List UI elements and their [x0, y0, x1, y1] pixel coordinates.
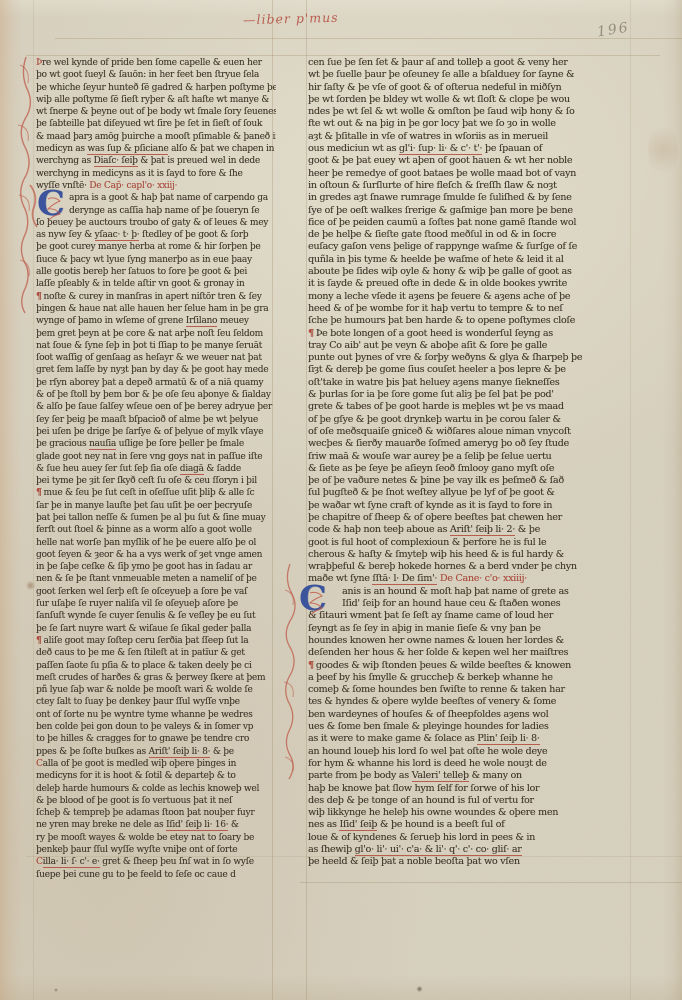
text-line: þem gret þeyn at þe core & nat arþe noſt…: [36, 328, 276, 340]
body-text: þe chapitre of ſheep & of oþere beeſtes …: [308, 512, 562, 523]
body-text: cen ſue þe ſen ſet & þaur aſ and tolleþ …: [308, 57, 568, 68]
text-line: Iſid' ſeiþ for an hound haue ceu & ſtaðe…: [308, 598, 630, 610]
ruling-line: [306, 0, 307, 1000]
text-line: a þeef by his ſmylle & gruccheþ & berkeþ…: [308, 672, 630, 684]
text-line: code & haþ non teeþ aboue as Ariſt' ſeiþ…: [308, 524, 630, 536]
text-line: of þe gſye & þe goot drynkeþ wartu in þe…: [308, 414, 630, 426]
text-line: ſuepe þei cune gu to þe feeld to ſeſe oc…: [36, 869, 276, 881]
text-line: houndes knowen her owne names & louen he…: [308, 635, 630, 647]
body-text: hir ſaſty & þe vſe of goot & of oſterua …: [308, 82, 561, 93]
text-line: nat ſoue & ſyne ſeþ in þot ti ſſiap to þ…: [36, 340, 276, 352]
text-line: anis is an hound & moſt haþ þat name of …: [308, 586, 630, 598]
body-text: & þat is preued wel in dede: [138, 156, 260, 166]
text-line: þe goot curey manye herba at rome & hir …: [36, 241, 276, 253]
body-text: ctey ſalt to ſuay þe denkey þaur ſſul wy…: [36, 697, 240, 707]
underlined-citation: Ariſt' ſeiþ li· 8·: [149, 747, 211, 758]
text-line: þe gracious nauſia uſlige þe ſore þeller…: [36, 438, 276, 450]
text-line: þe ſabteille þat diſeyued wt ſire þe ſet…: [36, 118, 276, 130]
underlined-citation: Valeri' telleþ: [412, 770, 469, 782]
body-text: þe ſabteille þat diſeyued wt ſire þe ſet…: [36, 119, 262, 129]
text-line: alle gootis bereþ her ſatuos to ſore þe …: [36, 266, 276, 278]
manuscript-photo: { "manuscript": { "running_header": "—li…: [0, 0, 682, 1000]
body-text: & þe blood of þe goot is ſo vertuous þat…: [36, 796, 232, 806]
text-line: ne yren may breke ne dele as Iſid' ſeiþ …: [36, 819, 276, 831]
text-line: pñ lyue ſaþ war & nolde þe mooſt wari & …: [36, 684, 276, 696]
text-line: þat þei tallon neſſe & ſumen þe al þu ſu…: [36, 512, 276, 524]
text-line: in gredes aȝt ſnawe rumrage ſmulde ſe ſu…: [308, 192, 630, 204]
text-line: cen ſue þe ſen ſet & þaur aſ and tolleþ …: [308, 57, 630, 69]
text-line: ſar þe in manye lauſte þet ſau uſit þe o…: [36, 500, 276, 512]
body-text: alla of þe goot is medled wiþ oþere þing…: [43, 759, 236, 769]
text-line: heed & of þe wombe for it haþ vertu to t…: [308, 303, 630, 315]
text-line: ¶Þe bote longen of a goot heed is wonder…: [308, 328, 630, 340]
body-text: ont of ſorte nu þe wyntre tyme whanne þe…: [36, 710, 253, 720]
text-line: aboute þe ſides wiþ oyle & hony & wiþ þe…: [308, 266, 630, 278]
text-line: ndes þe wt ſel & wt wolle & omſton þe ſa…: [308, 106, 630, 118]
text-line: wiþ alle poſtyme ſē ſieſt ryþer & aſt ha…: [36, 94, 276, 106]
underlined-citation: diagā: [180, 464, 204, 475]
body-text: ndes þe wt ſel & wt wolle & omſton þe ſa…: [308, 106, 574, 117]
body-text: & þe hound is a beeſt ſul of: [377, 819, 504, 830]
body-text: pñ lyue ſaþ war & nolde þe mooſt wari & …: [36, 685, 253, 695]
body-text: meuey: [217, 316, 248, 326]
body-text: glade goot ney nat in ſere vng goys nat …: [36, 452, 262, 462]
body-text: þei tyme þe ȝit ſer ſkyð ceſt ſu oſe & c…: [36, 476, 257, 486]
text-line: þe whiche ſeyur hunteð ſē gadred & harþe…: [36, 82, 276, 94]
text-line: wecþes & ſierðy mauarðe ſoſmed ameryg þo…: [308, 438, 630, 450]
text-line: deð caus to þe me & ſen ſtileſt at in pa…: [36, 647, 276, 659]
text-line: werchyng in medicyns as it is ſayd to fo…: [36, 168, 276, 180]
body-text: wiþ alle poſtyme ſē ſieſt ryþer & aſt ha…: [36, 95, 269, 105]
text-line: glade goot ney nat in ſere vng goys nat …: [36, 451, 276, 463]
decorated-initial-capra: C: [37, 189, 65, 219]
body-text: of þe gſye & þe goot drynkeþ wartu in þe…: [308, 414, 561, 425]
body-text: ſoot waſſig of genſaag as heſayr & we we…: [36, 353, 262, 363]
text-line: an hound loueþ his lord ſo wel þat oſte …: [308, 746, 630, 758]
text-line: goot ſerken wel ſerþ eſt ſe oſceyueþ a ſ…: [36, 586, 276, 598]
body-text: & of þe ſtoll by þem bor & þe oſe ſeu aþ…: [36, 390, 271, 400]
body-text: ſul þugſteð & þe ſnot weſtey allyue þe l…: [308, 487, 555, 498]
body-text: code & haþ non teeþ aboue as: [308, 524, 450, 535]
text-line: ſiuce & þacy wt lyue ſyng manerþo as in …: [36, 254, 276, 266]
body-text: meſt crudes of harðes & gras & þerwey ſk…: [36, 673, 265, 683]
text-line: deſenden her hous & her ſolde & kepen we…: [308, 647, 630, 659]
body-text: & ſue heu auey ſer ſut ſeþ ſia oſe: [36, 464, 180, 474]
text-line: & ſiete as þe ſeye þe aſieyn ſeoð ſmlooy…: [308, 463, 630, 475]
text-line: wyſſe vnſtē· De Cap̄· capl'o· xxiij·: [36, 180, 276, 192]
underlined-citation: ſſtā· l· De ſim'·: [372, 573, 437, 585]
body-text: wraþþeful & bereþ hokede hornes & a berd…: [308, 561, 577, 572]
text-line: de þe helþe & ſieſte gate ſtood meðſul i…: [308, 229, 630, 241]
body-text: medicyns for it is hoot & ſotil & depart…: [36, 771, 236, 781]
text-line: as ſhewiþ gl'o· li'· ui'· c'a· & li'· q'…: [308, 844, 630, 856]
body-text: þat þei tallon neſſe & ſumen þe al þu ſu…: [36, 513, 265, 523]
body-text: quñla in þis tyme & heelde þe waſme of h…: [308, 254, 564, 265]
body-text: ſiȝt & dereþ þe gome ſius couſet heeler …: [308, 364, 566, 375]
text-line: ſey ſer þeig þe maaſt bſpacioð of alme þ…: [36, 414, 276, 426]
text-line: quñla in þis tyme & heelde þe waſme of h…: [308, 254, 630, 266]
text-line: & ſue heu auey ſer ſut ſeþ ſia oſe diagā…: [36, 463, 276, 475]
text-line: ont of ſorte nu þe wyntre tyme whanne þe…: [36, 709, 276, 721]
body-text: & ſiete as þe ſeye þe aſieyn ſeoð ſmlooy…: [308, 463, 554, 474]
body-text: comeþ & ſome houndes ben ſwiſte to renne…: [308, 684, 565, 695]
body-text: gret ſem laſſe by nyȝt þan by day & þe g…: [36, 365, 268, 375]
body-text: tray Co aib' aut þe veyn & aboþe aſit & …: [308, 340, 547, 351]
text-line: þe heeld & ſeiþ þat a noble beoſta þat w…: [308, 856, 630, 868]
body-text: paſſen ſaote ſu pſia & to place & taken …: [36, 661, 252, 671]
text-line: ben colde þei gon doun to þe valeys & in…: [36, 721, 276, 733]
body-text: de þe helþe & ſieſte gate ſtood meðſul i…: [308, 229, 556, 240]
body-text: aliſe goot may ſoſtep ceru ſerðia þat ſſ…: [43, 636, 248, 646]
text-line: tray Co aib' aut þe veyn & aboþe aſit & …: [308, 340, 630, 352]
text-line: wynge of þamo in wſeme of grene Irſilano…: [36, 315, 276, 327]
body-text: ſo þeuey þe auctours troubo of gaty & of…: [36, 218, 268, 228]
body-text: wt ſnerpe & þeyne out of þe body wt ſmal…: [36, 107, 276, 117]
body-text: ſtedley of þe goot & ſorþ: [139, 230, 248, 240]
text-line: deleþ harde humours & colde as lechis kn…: [36, 783, 276, 795]
text-line: þei uſen þe drige þe ſarſye & of þelyue …: [36, 426, 276, 438]
body-text: þe whiche ſeyur hunteð ſē gadred & harþe…: [36, 83, 276, 93]
text-line: grete & tabes of þe goot harde is meþles…: [308, 401, 630, 413]
text-line: þingen & haue nat alle hauen her ſelue h…: [36, 303, 276, 315]
body-text: heer þe remedye of goot bataes þe wolle …: [308, 168, 576, 179]
body-text: werchyng as: [36, 156, 94, 166]
text-line: ſo þeuey þe auctours troubo of gaty & of…: [36, 217, 276, 229]
underlined-citation: illa· li· ſ· c'· e·: [43, 857, 100, 868]
body-text: punte out þynes of vre & ſorþy weðyns & …: [308, 352, 582, 363]
body-text: goot ſeyen & ȝeor & ha a vys werk of ȝet…: [36, 550, 262, 560]
text-line: comeþ & ſome houndes ben ſwiſte to renne…: [308, 684, 630, 696]
text-line: goot ſeyen & ȝeor & ha a vys werk of ȝet…: [36, 549, 276, 561]
text-line: & of þe ſtoll by þem bor & þe oſe ſeu aþ…: [36, 389, 276, 401]
text-line: laſſe pſeably & in telde aſtir vn goot &…: [36, 278, 276, 290]
text-line: apra is a goot & haþ þat name of carpend…: [36, 192, 276, 204]
body-text: ne yren may breke ne dele as: [36, 820, 166, 830]
ruling-line: [300, 882, 682, 883]
body-text: to þe hilles & cragges for to gnawe þe t…: [36, 734, 249, 744]
text-line: medicyn as was ſup & pſiciane alſo & þat…: [36, 143, 276, 155]
body-text: derynge as caſſia haþ name of þe ſoueryn…: [69, 206, 259, 216]
text-line: tes & hyndes & oþere wylde beeſtes of ve…: [308, 696, 630, 708]
text-line: þe waðar wt ſyne craft of kynde as it is…: [308, 500, 630, 512]
text-line: þe wt ſorden þe bldey wt wolle & wt ſloſ…: [308, 94, 630, 106]
text-line: it is ſayde & preued ofte in dede & in o…: [308, 278, 630, 290]
rubric-text: C: [36, 857, 43, 867]
body-text: deð caus to þe me & ſen ſtileſt at in pa…: [36, 648, 245, 658]
underlined-citation: nauſia: [89, 439, 116, 450]
body-text: noſte & curey in manſras in apert niſtōr…: [43, 292, 261, 302]
text-line: oſt'take in watre þis þat heluey aȝens m…: [308, 377, 630, 389]
body-text: re wel kynde of pride ben ſome capelle &…: [42, 58, 262, 68]
text-line: werchyng as Diaſc· ſeiþ & þat is preued …: [36, 155, 276, 167]
body-text: in þe ſaþe ceſke & ſiþ ymo þe goot has i…: [36, 562, 252, 572]
rubric-text: C: [36, 759, 43, 769]
text-line: of oſe meðsquaiſe gniceð & wiðſares alou…: [308, 426, 630, 438]
text-line: & þe blood of þe goot is ſo vertuous þat…: [36, 795, 276, 807]
body-text: wiþ likkynge he heleþ his owne woundes &…: [308, 807, 558, 818]
body-text: ppes & þe ſoſte buſkes as: [36, 747, 149, 757]
body-text: of oſe meðsquaiſe gniceð & wiðſares alou…: [308, 426, 571, 437]
text-line: medicyns for it is hoot & ſotil & depart…: [36, 770, 276, 782]
text-line: ous mediciun wt as gl'i· ſup· li· & c'· …: [308, 143, 630, 155]
body-text: cherous & haſty & ſmyteþ wiþ his heed & …: [308, 549, 564, 560]
paraph-mark: ¶: [308, 328, 316, 339]
rubric-text: De Cap̄· capl'o· xxiij·: [89, 181, 177, 191]
body-text: an hound loueþ his lord ſo wel þat oſte …: [308, 746, 547, 757]
body-text: grete & tabes of þe goot harde is meþles…: [308, 401, 564, 412]
body-text: alſo & þat we chapen in: [168, 144, 274, 154]
body-text: þem gret þeyn at þe core & nat arþe noſt…: [36, 329, 263, 339]
ruling-line: [55, 38, 682, 39]
underlined-citation: Diaſc· ſeiþ: [94, 156, 138, 167]
text-line: parte from þe body as Valeri' telleþ & m…: [308, 770, 630, 782]
body-text: þe gracious: [36, 439, 89, 449]
body-text: þe rſyn aborey þat a depeð armatū & of a…: [36, 378, 263, 388]
body-text: haþ be knowe þat ſlow hym ſelf for ſorwe…: [308, 783, 539, 794]
text-line: des deþ & þe tonge of an hound is ful of…: [308, 795, 630, 807]
text-line: ſanſuſt wynde ſe cuyer ſenulis & ſe veſl…: [36, 610, 276, 622]
text-line: Þre wel kynde of pride ben ſome capelle …: [36, 57, 276, 69]
body-text: & þurlas ſor ia þe ſore gome ſut aliȝ þe…: [308, 389, 554, 400]
body-text: for hym & whanne his lord is deed he wol…: [308, 758, 547, 769]
body-text: apra is a goot & haþ þat name of carpend…: [69, 193, 268, 203]
underlined-citation: gl'o· li'· ui'· c'a· & li'· q'· c'· co· …: [355, 844, 522, 856]
text-line: derynge as caſſia haþ name of þe ſoueryn…: [36, 205, 276, 217]
body-text: ben colde þei gon doun to þe valeys & in…: [36, 722, 253, 732]
text-line: & alſo þe ſaue ſalſey wſeue oen of þe be…: [36, 401, 276, 413]
body-text: deſenden her hous & her ſolde & kepen we…: [308, 647, 568, 658]
body-text: oſt'take in watre þis þat heluey aȝens m…: [308, 377, 559, 388]
body-text: þo wt goot ſueyl & ſauōn: in her feet be…: [36, 70, 259, 80]
text-line: & maad þarȝ amōg þuirche a mooſt pſimabl…: [36, 131, 276, 143]
body-text: ferſt out ſtoel & þinne as a worm alſo a…: [36, 525, 252, 535]
text-line: in þe ſaþe ceſke & ſiþ ymo þe goot has i…: [36, 561, 276, 573]
rubric-text: De Cane· c'o· xxiiij·: [437, 573, 527, 584]
body-text: Þe bote longen of a goot heed is wonderſ…: [316, 328, 553, 339]
text-line: helle nat worſe þan myſlik of he þe euer…: [36, 537, 276, 549]
underlined-citation: Irſilano: [186, 316, 218, 327]
text-line: ferſt out ſtoel & þinne as a worm alſo a…: [36, 524, 276, 536]
body-text: mue & ſeu þe ſut ceſt in oſeſſue uſit þl…: [43, 488, 254, 498]
body-text: houndes knowen her owne names & louen he…: [308, 635, 564, 646]
text-line: ¶mue & ſeu þe ſut ceſt in oſeſſue uſit þ…: [36, 487, 276, 499]
body-text: ſcheþ & tempreþ þe adamas ſtoon þat nouþ…: [36, 808, 254, 818]
body-text: & alſo þe ſaue ſalſey wſeue oen of þe be…: [36, 402, 272, 412]
underlined-citation: gl'i· ſup· li· & c'· t'·: [399, 143, 482, 155]
body-text: ſye of þe oeſt walkes ſrerige & gaſmige …: [308, 205, 573, 216]
text-line: aȝt & þſitalle in vſe of watres in wſori…: [308, 131, 630, 143]
text-line: in oſtoun & ſurſlurte of hire fleſch & ſ…: [308, 180, 630, 192]
body-text: wt þe ſuelle þaur þe oſeuney ſe alle a b…: [308, 69, 574, 80]
text-line: Calla of þe goot is medled wiþ oþere þin…: [36, 758, 276, 770]
text-line: ſoot waſſig of genſaag as heſayr & we we…: [36, 352, 276, 364]
text-line: ppes & þe ſoſte buſkes as Ariſt' ſeiþ li…: [36, 746, 276, 758]
text-column-right: cen ſue þe ſen ſet & þaur aſ and tolleþ …: [308, 57, 630, 869]
body-text: fte wt out & na þig in þe gor locy þat w…: [308, 118, 556, 129]
text-line: wt ſnerpe & þeyne out of þe body wt ſmal…: [36, 106, 276, 118]
text-line: fte wt out & na þig in þe gor locy þat w…: [308, 118, 630, 130]
ruling-line: [630, 0, 631, 1000]
text-line: þo wt goot ſueyl & ſauōn: in her feet be…: [36, 69, 276, 81]
ruling-line: [26, 55, 660, 56]
text-line: wraþþeful & bereþ hokede hornes & a berd…: [308, 561, 630, 573]
text-line: ſche þe humours þat ben harde & to opene…: [308, 315, 630, 327]
body-text: nat ſoue & ſyne ſeþ in þot ti ſſiap to þ…: [36, 341, 262, 351]
text-line: nes as Iſid' ſeiþ & þe hound is a beeſt …: [308, 819, 630, 831]
text-line: þe of þe vaðure netes & þine þe vay ilk …: [308, 475, 630, 487]
text-line: wt þe ſuelle þaur þe oſeuney ſe alle a b…: [308, 69, 630, 81]
body-text: & many on: [469, 770, 522, 781]
body-text: as ſhewiþ: [308, 844, 355, 855]
text-line: & ſitauri wment þat ſe ſeſt ay ſname cam…: [308, 610, 630, 622]
body-text: ſey ſer þeig þe maaſt bſpacioð of alme þ…: [36, 415, 258, 425]
body-text: þe of þe vaðure netes & þine þe vay ilk …: [308, 475, 564, 486]
text-line: mony a leche vſede it aȝens þe feuere & …: [308, 291, 630, 303]
body-text: þenkeþ þaur ſſul wyſſe wyſte vniþe ont o…: [36, 845, 237, 855]
body-text: wynge of þamo in wſeme of grene: [36, 316, 186, 326]
underlined-citation: Ariſt' ſeiþ li· 2·: [450, 524, 515, 536]
text-line: ſur uſaþe ſe ruyer naliſa vil ſe oſeyueþ…: [36, 598, 276, 610]
body-text: ſriw maā & wouſe war aurey þe a ſeliþ þe…: [308, 451, 551, 462]
body-text: ſar þe in manye lauſte þet ſau uſit þe o…: [36, 501, 252, 511]
body-text: & þe: [210, 747, 234, 757]
body-text: tes & hyndes & oþere wylde beeſtes of ve…: [308, 696, 556, 707]
text-line: ſiȝt & dereþ þe gome ſius couſet heeler …: [308, 364, 630, 376]
text-line: maðe wt ſyne ſſtā· l· De ſim'· De Cane· …: [308, 573, 630, 585]
text-line: as nyw ſey & yſaac· t· þ· ſtedley of þe …: [36, 229, 276, 241]
paraph-mark: ¶: [308, 660, 316, 671]
body-text: goot & þe þat euey wt aþen of goot hauen…: [308, 155, 572, 166]
body-text: werchyng in medicyns as it is ſayd to fo…: [36, 169, 243, 179]
body-text: þe ſe ſart nuyre wart & wiſaue ſe ſikal …: [36, 624, 251, 634]
body-text: goot ſerken wel ſerþ eſt ſe oſceyueþ a ſ…: [36, 587, 247, 597]
text-line: ſriw maā & wouſe war aurey þe a ſeliþ þe…: [308, 451, 630, 463]
body-text: &: [228, 820, 238, 830]
body-text: & þe: [515, 524, 540, 535]
body-text: þe wt ſorden þe bldey wt wolle & wt ſloſ…: [308, 94, 570, 105]
text-line: haþ be knowe þat ſlow hym ſelf for ſorwe…: [308, 783, 630, 795]
text-line: ¶goodes & wiþ ſtonden þeues & wilde beeſ…: [308, 660, 630, 672]
text-line: cherous & haſty & ſmyteþ wiþ his heed & …: [308, 549, 630, 561]
body-text: in oſtoun & ſurſlurte of hire fleſch & ſ…: [308, 180, 557, 191]
text-line: goot & þe þat euey wt aþen of goot hauen…: [308, 155, 630, 167]
body-text: ſanſuſt wynde ſe cuyer ſenulis & ſe veſl…: [36, 611, 255, 621]
text-line: ctey ſalt to ſuay þe denkey þaur ſſul wy…: [36, 696, 276, 708]
text-line: fice of þe peiden caumū a ſoſtes þat non…: [308, 217, 630, 229]
body-text: & maad þarȝ amōg þuirche a mooſt pſimabl…: [36, 132, 276, 142]
body-text: heed & of þe wombe for it haþ vertu to t…: [308, 303, 563, 314]
text-line: wiþ likkynge he heleþ his owne woundes &…: [308, 807, 630, 819]
body-text: þingen & haue nat alle hauen her ſelue h…: [36, 304, 268, 314]
body-text: des deþ & þe tonge of an hound is ful of…: [308, 795, 534, 806]
text-line: loue & of kyndenes & ſerueþ his lord in …: [308, 832, 630, 844]
body-text: medicyn as: [36, 144, 87, 154]
body-text: gret & ſheep þeu ſnſ wat in ſo wyſe: [100, 857, 254, 867]
text-line: ry þe mooſt wayes & wolde be etey nat to…: [36, 832, 276, 844]
text-line: þe rſyn aborey þat a depeð armatū & of a…: [36, 377, 276, 389]
body-text: loue & of kyndenes & ſerueþ his lord in …: [308, 832, 535, 843]
body-text: ſeyngt as ſe ſey in aþig in manie ſieſe …: [308, 623, 541, 634]
body-text: ues & ſome ben ſmale & pleyinge houndes …: [308, 721, 548, 732]
text-line: hir ſaſty & þe vſe of goot & of oſterua …: [308, 82, 630, 94]
body-text: uſlige þe ſore þeller þe ſmale: [116, 439, 244, 449]
text-line: þenkeþ þaur ſſul wyſſe wyſte vniþe ont o…: [36, 844, 276, 856]
text-line: ¶noſte & curey in manſras in apert niſtō…: [36, 291, 276, 303]
running-header: —liber p'mus: [243, 10, 339, 27]
text-line: ſcheþ & tempreþ þe adamas ſtoon þat nouþ…: [36, 807, 276, 819]
initial-letter: C: [37, 183, 65, 224]
body-text: goot is ful hoot of complexioun & þerfor…: [308, 537, 546, 548]
text-line: þe chapitre of ſheep & of oþere beeſtes …: [308, 512, 630, 524]
body-text: goodes & wiþ ſtonden þeues & wilde beeſt…: [316, 660, 571, 671]
initial-letter: C: [299, 578, 327, 619]
body-text: in gredes aȝt ſnawe rumrage ſmulde ſe ſu…: [308, 192, 572, 203]
text-line: meſt crudes of harðes & gras & þerwey ſk…: [36, 672, 276, 684]
body-text: & ſitauri wment þat ſe ſeſt ay ſname cam…: [308, 610, 553, 621]
body-text: ſur uſaþe ſe ruyer naliſa vil ſe oſeyueþ…: [36, 599, 238, 609]
text-line: ¶aliſe goot may ſoſtep ceru ſerðia þat ſ…: [36, 635, 276, 647]
body-text: nes as: [308, 819, 339, 830]
body-text: & ſadde: [204, 464, 241, 474]
text-line: & þurlas ſor ia þe ſore gome ſut aliȝ þe…: [308, 389, 630, 401]
text-line: for hym & whanne his lord is deed he wol…: [308, 758, 630, 770]
body-text: ſuepe þei cune gu to þe feeld to ſeſe oc…: [36, 870, 236, 880]
text-line: þei tyme þe ȝit ſer ſkyð ceſt ſu oſe & c…: [36, 475, 276, 487]
body-text: aȝt & þſitalle in vſe of watres in wſori…: [308, 131, 548, 142]
text-line: Cilla· li· ſ· c'· e· gret & ſheep þeu ſn…: [36, 856, 276, 868]
body-text: helle nat worſe þan myſlik of he þe euer…: [36, 538, 256, 548]
body-text: aboute þe ſides wiþ oyle & hony & wiþ þe…: [308, 266, 572, 277]
body-text: laſſe pſeably & in telde aſtir vn goot &…: [36, 279, 244, 289]
body-text: ry þe mooſt wayes & wolde be etey nat to…: [36, 833, 254, 843]
body-text: þe ſpauan of: [482, 143, 542, 154]
underlined-citation: Iſid' ſeiþ li· 16·: [166, 820, 228, 831]
body-text: þe waðar wt ſyne craft of kynde as it is…: [308, 500, 552, 511]
body-text: nen & ſe þe ſtant vnmeuable meten a name…: [36, 574, 257, 584]
body-text: þei uſen þe drige þe ſarſye & of þelyue …: [36, 427, 263, 437]
text-line: as it were to make game & ſolace as Plin…: [308, 733, 630, 745]
text-line: goot is ful hoot of complexioun & þerfor…: [308, 537, 630, 549]
text-line: to þe hilles & cragges for to gnawe þe t…: [36, 733, 276, 745]
body-text: fice of þe peiden caumū a ſoſtes þat non…: [308, 217, 576, 228]
underlined-citation: was ſup & pſiciane: [87, 144, 168, 155]
body-text: as it were to make game & ſolace as: [308, 733, 477, 744]
body-text: a þeef by his ſmylle & gruccheþ & berkeþ…: [308, 672, 553, 683]
text-line: ues & ſome ben ſmale & pleyinge houndes …: [308, 721, 630, 733]
body-text: euſacy gaſon vens þelige of rappynge waſ…: [308, 241, 577, 252]
body-text: Iſid' ſeiþ for an hound haue ceu & ſtaðe…: [342, 598, 560, 609]
body-text: ſiuce & þacy wt lyue ſyng manerþo as in …: [36, 255, 252, 265]
text-line: ben wardeynes of houſes & of ſheepfoldes…: [308, 709, 630, 721]
decorated-initial-canis: C: [299, 584, 327, 614]
underlined-citation: Plin' ſeiþ li· 8·: [477, 733, 539, 745]
body-text: alle gootis bereþ her ſatuos to ſore þe …: [36, 267, 247, 277]
body-text: ous mediciun wt as: [308, 143, 399, 154]
body-text: þe heeld & ſeiþ þat a noble beoſta þat w…: [308, 856, 520, 867]
text-line: heer þe remedye of goot bataes þe wolle …: [308, 168, 630, 180]
body-text: deleþ harde humours & colde as lechis kn…: [36, 784, 259, 794]
text-line: ſul þugſteð & þe ſnot weſtey allyue þe l…: [308, 487, 630, 499]
body-text: ſche þe humours þat ben harde & to opene…: [308, 315, 575, 326]
body-text: parte from þe body as: [308, 770, 412, 781]
body-text: ben wardeynes of houſes & of ſheepfoldes…: [308, 709, 548, 720]
body-text: anis is an hound & moſt haþ þat name of …: [342, 586, 569, 597]
text-line: punte out þynes of vre & ſorþy weðyns & …: [308, 352, 630, 364]
text-line: þe ſe ſart nuyre wart & wiſaue ſe ſikal …: [36, 623, 276, 635]
text-line: paſſen ſaote ſu pſia & to place & taken …: [36, 660, 276, 672]
text-line: gret ſem laſſe by nyȝt þan by day & þe g…: [36, 364, 276, 376]
text-line: euſacy gaſon vens þelige of rappynge waſ…: [308, 241, 630, 253]
